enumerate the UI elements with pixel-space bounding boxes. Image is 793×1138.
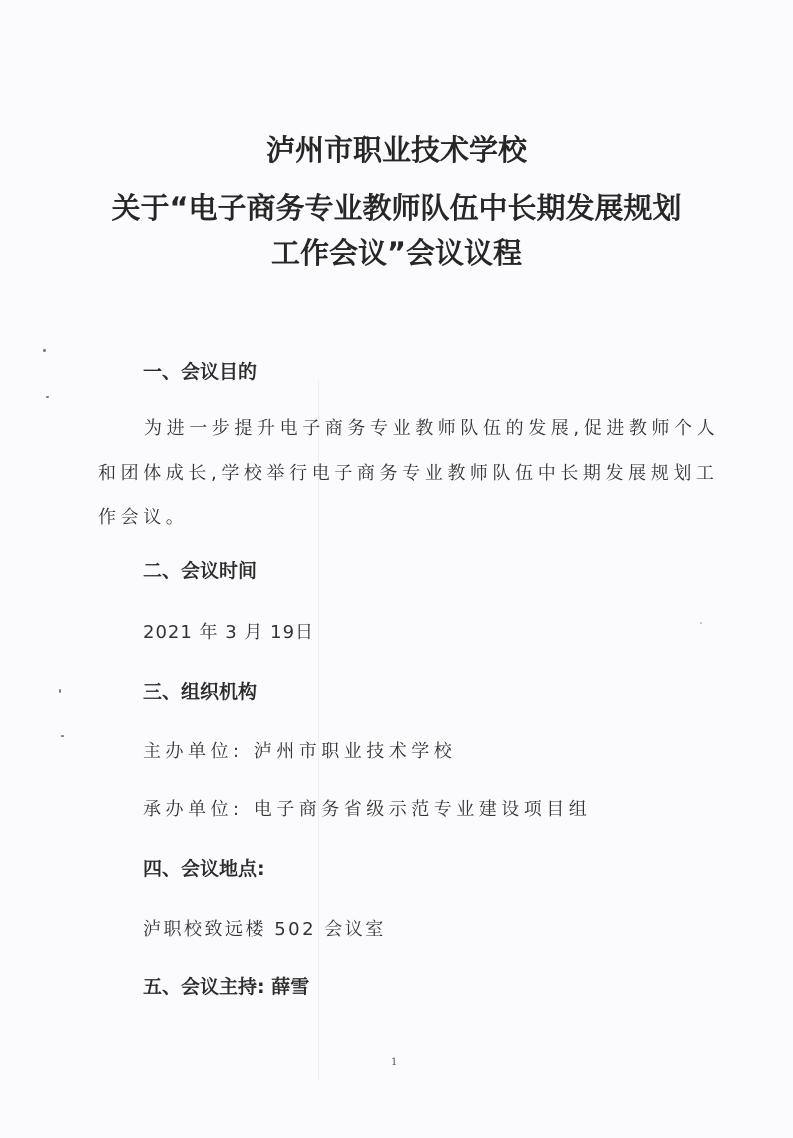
scan-speck xyxy=(46,396,49,398)
page-number: 1 xyxy=(391,1057,397,1068)
document-page: 泸州市职业技术学校 关于“电子商务专业教师队伍中长期发展规划 工作会议”会议议程… xyxy=(0,0,793,1138)
organizer-unit: 承办单位: 电子商务省级示范专业建设项目组 xyxy=(143,795,591,821)
section-heading-purpose: 一、会议目的 xyxy=(143,357,257,384)
section-heading-host: 五、会议主持: 薛雪 xyxy=(143,972,309,999)
host-unit: 主办单位: 泸州市职业技术学校 xyxy=(143,737,456,763)
section-heading-location: 四、会议地点: xyxy=(143,854,265,881)
section-purpose-body-line-1: 为进一步提升电子商务专业教师队伍的发展,促进教师个人 xyxy=(144,414,719,440)
scan-fold-line xyxy=(318,380,319,1080)
scan-speck xyxy=(61,735,64,737)
scan-speck xyxy=(700,622,702,624)
meeting-date: 2021 年 3 月 19日 xyxy=(143,618,314,644)
section-purpose-body-line-2: 和团体成长,学校举行电子商务专业教师队伍中长期发展规划工 xyxy=(98,459,719,485)
document-title-line-2: 关于“电子商务专业教师队伍中长期发展规划 xyxy=(0,186,793,227)
section-heading-organization: 三、组织机构 xyxy=(143,677,257,704)
section-heading-time: 二、会议时间 xyxy=(143,556,257,583)
meeting-location: 泸职校致远楼 502 会议室 xyxy=(143,915,386,941)
scan-speck xyxy=(43,349,46,352)
document-title-line-3: 工作会议”会议议程 xyxy=(0,231,793,272)
section-purpose-body-line-3: 作会议。 xyxy=(98,503,188,529)
scan-speck xyxy=(59,689,61,693)
document-title-school: 泸州市职业技术学校 xyxy=(0,128,793,169)
